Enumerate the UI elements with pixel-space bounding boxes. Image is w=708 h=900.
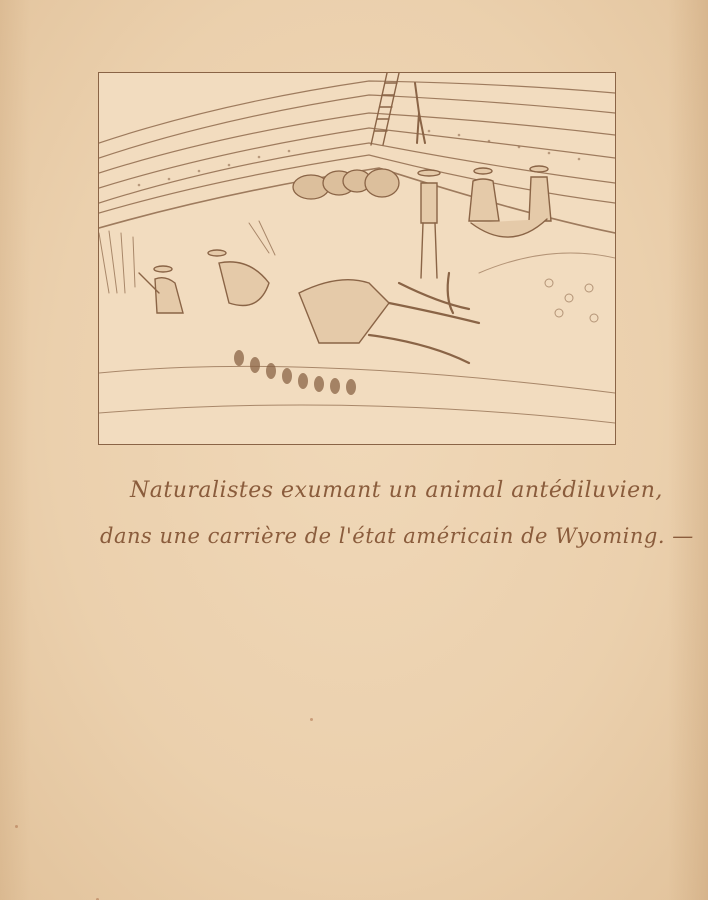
excavation-illustration — [99, 73, 615, 444]
paper-speck — [310, 718, 313, 721]
sacks — [293, 169, 399, 199]
paper-page: Naturalistes exumant un animal antédiluv… — [0, 0, 708, 900]
caption-line-2: dans une carrière de l'état américain de… — [100, 524, 694, 548]
page-shadow-right — [668, 0, 708, 900]
fossil-skeleton — [369, 273, 479, 363]
paper-speck — [15, 825, 18, 828]
caption-line-1: Naturalistes exumant un animal antédiluv… — [130, 478, 663, 503]
rubble-mound — [479, 253, 615, 322]
page-shadow-left — [0, 0, 30, 900]
ladder — [371, 73, 399, 145]
kneeling-figures — [139, 250, 269, 313]
bending-figure — [299, 280, 389, 343]
standing-figures — [418, 166, 551, 278]
vertebrae — [234, 350, 356, 395]
illustration-plate — [98, 72, 616, 445]
